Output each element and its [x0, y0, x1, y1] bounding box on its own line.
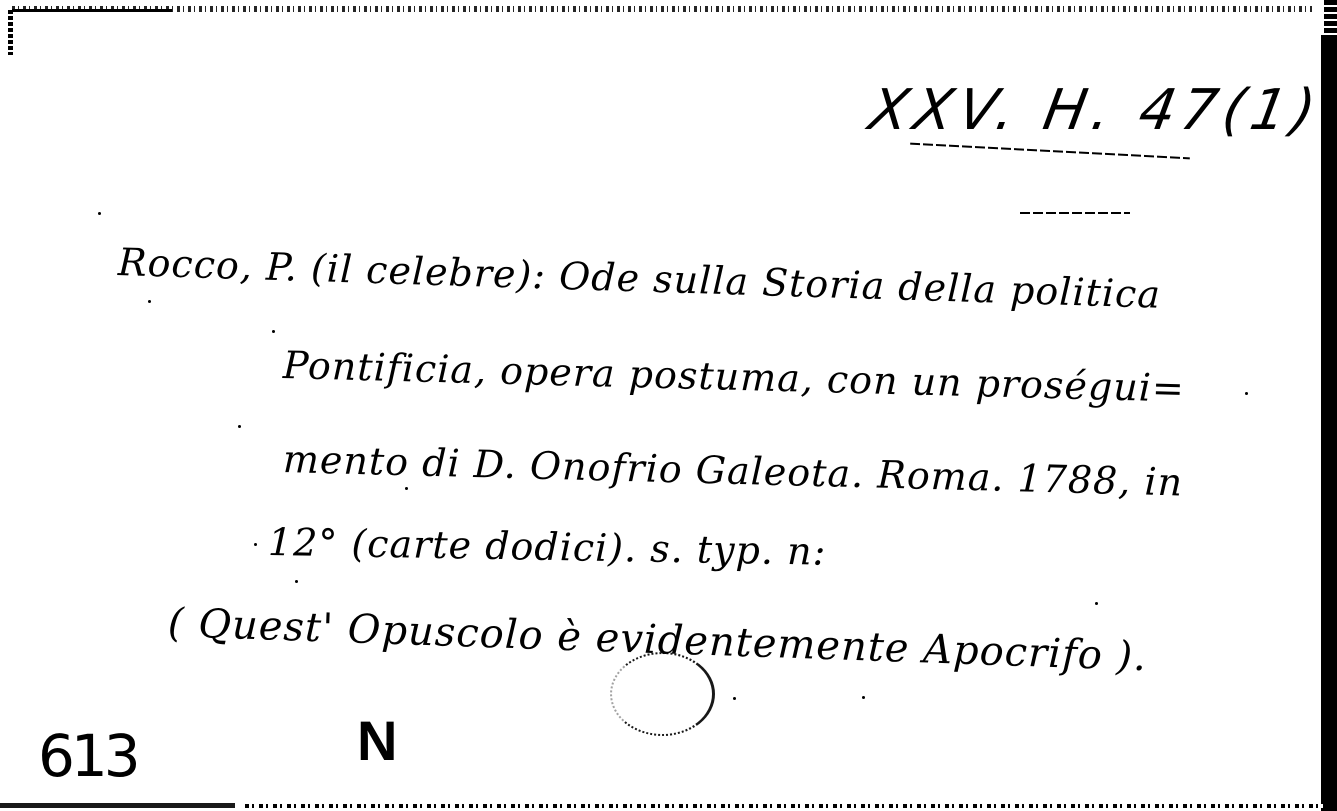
entry-line-author-title: Rocco, P. (il celebre): Ode sulla Storia… [117, 240, 1161, 317]
stamp-letter: N [357, 708, 397, 773]
ink-speck [254, 543, 257, 546]
scan-top-edge-solid [12, 9, 172, 12]
shelfmark-underline-faint [1020, 212, 1130, 214]
scan-right-edge-top [1324, 0, 1337, 36]
shelfmark: XXV. H. 47(1) [864, 78, 1326, 143]
ink-speck [1095, 602, 1098, 605]
ink-speck [295, 580, 298, 583]
ink-speck [98, 212, 101, 215]
ink-speck [405, 487, 408, 490]
ink-speck [1245, 392, 1248, 395]
entry-line-title-continued: Pontificia, opera postuma, con un proség… [282, 343, 1185, 411]
ink-speck [148, 300, 151, 303]
entry-line-format: 12° (carte dodici). s. typ. n: [268, 520, 827, 574]
catalogue-number: 613 [38, 722, 137, 790]
ink-speck [733, 697, 736, 700]
scan-top-edge [12, 6, 1312, 12]
scan-bottom-edge [0, 803, 235, 808]
catalogue-card: XXV. H. 47(1) Rocco, P. (il celebre): Od… [0, 0, 1337, 811]
scan-bottom-edge-dotted [245, 804, 1325, 808]
entry-line-imprint: mento di D. Onofrio Galeota. Roma. 1788,… [282, 437, 1183, 505]
ink-speck [238, 425, 241, 428]
ink-speck [272, 330, 275, 333]
ink-speck [862, 696, 865, 699]
scan-left-edge [8, 10, 13, 55]
shelfmark-underline [910, 143, 1190, 160]
faint-circle-mark [610, 652, 715, 736]
scan-right-edge [1321, 35, 1337, 811]
